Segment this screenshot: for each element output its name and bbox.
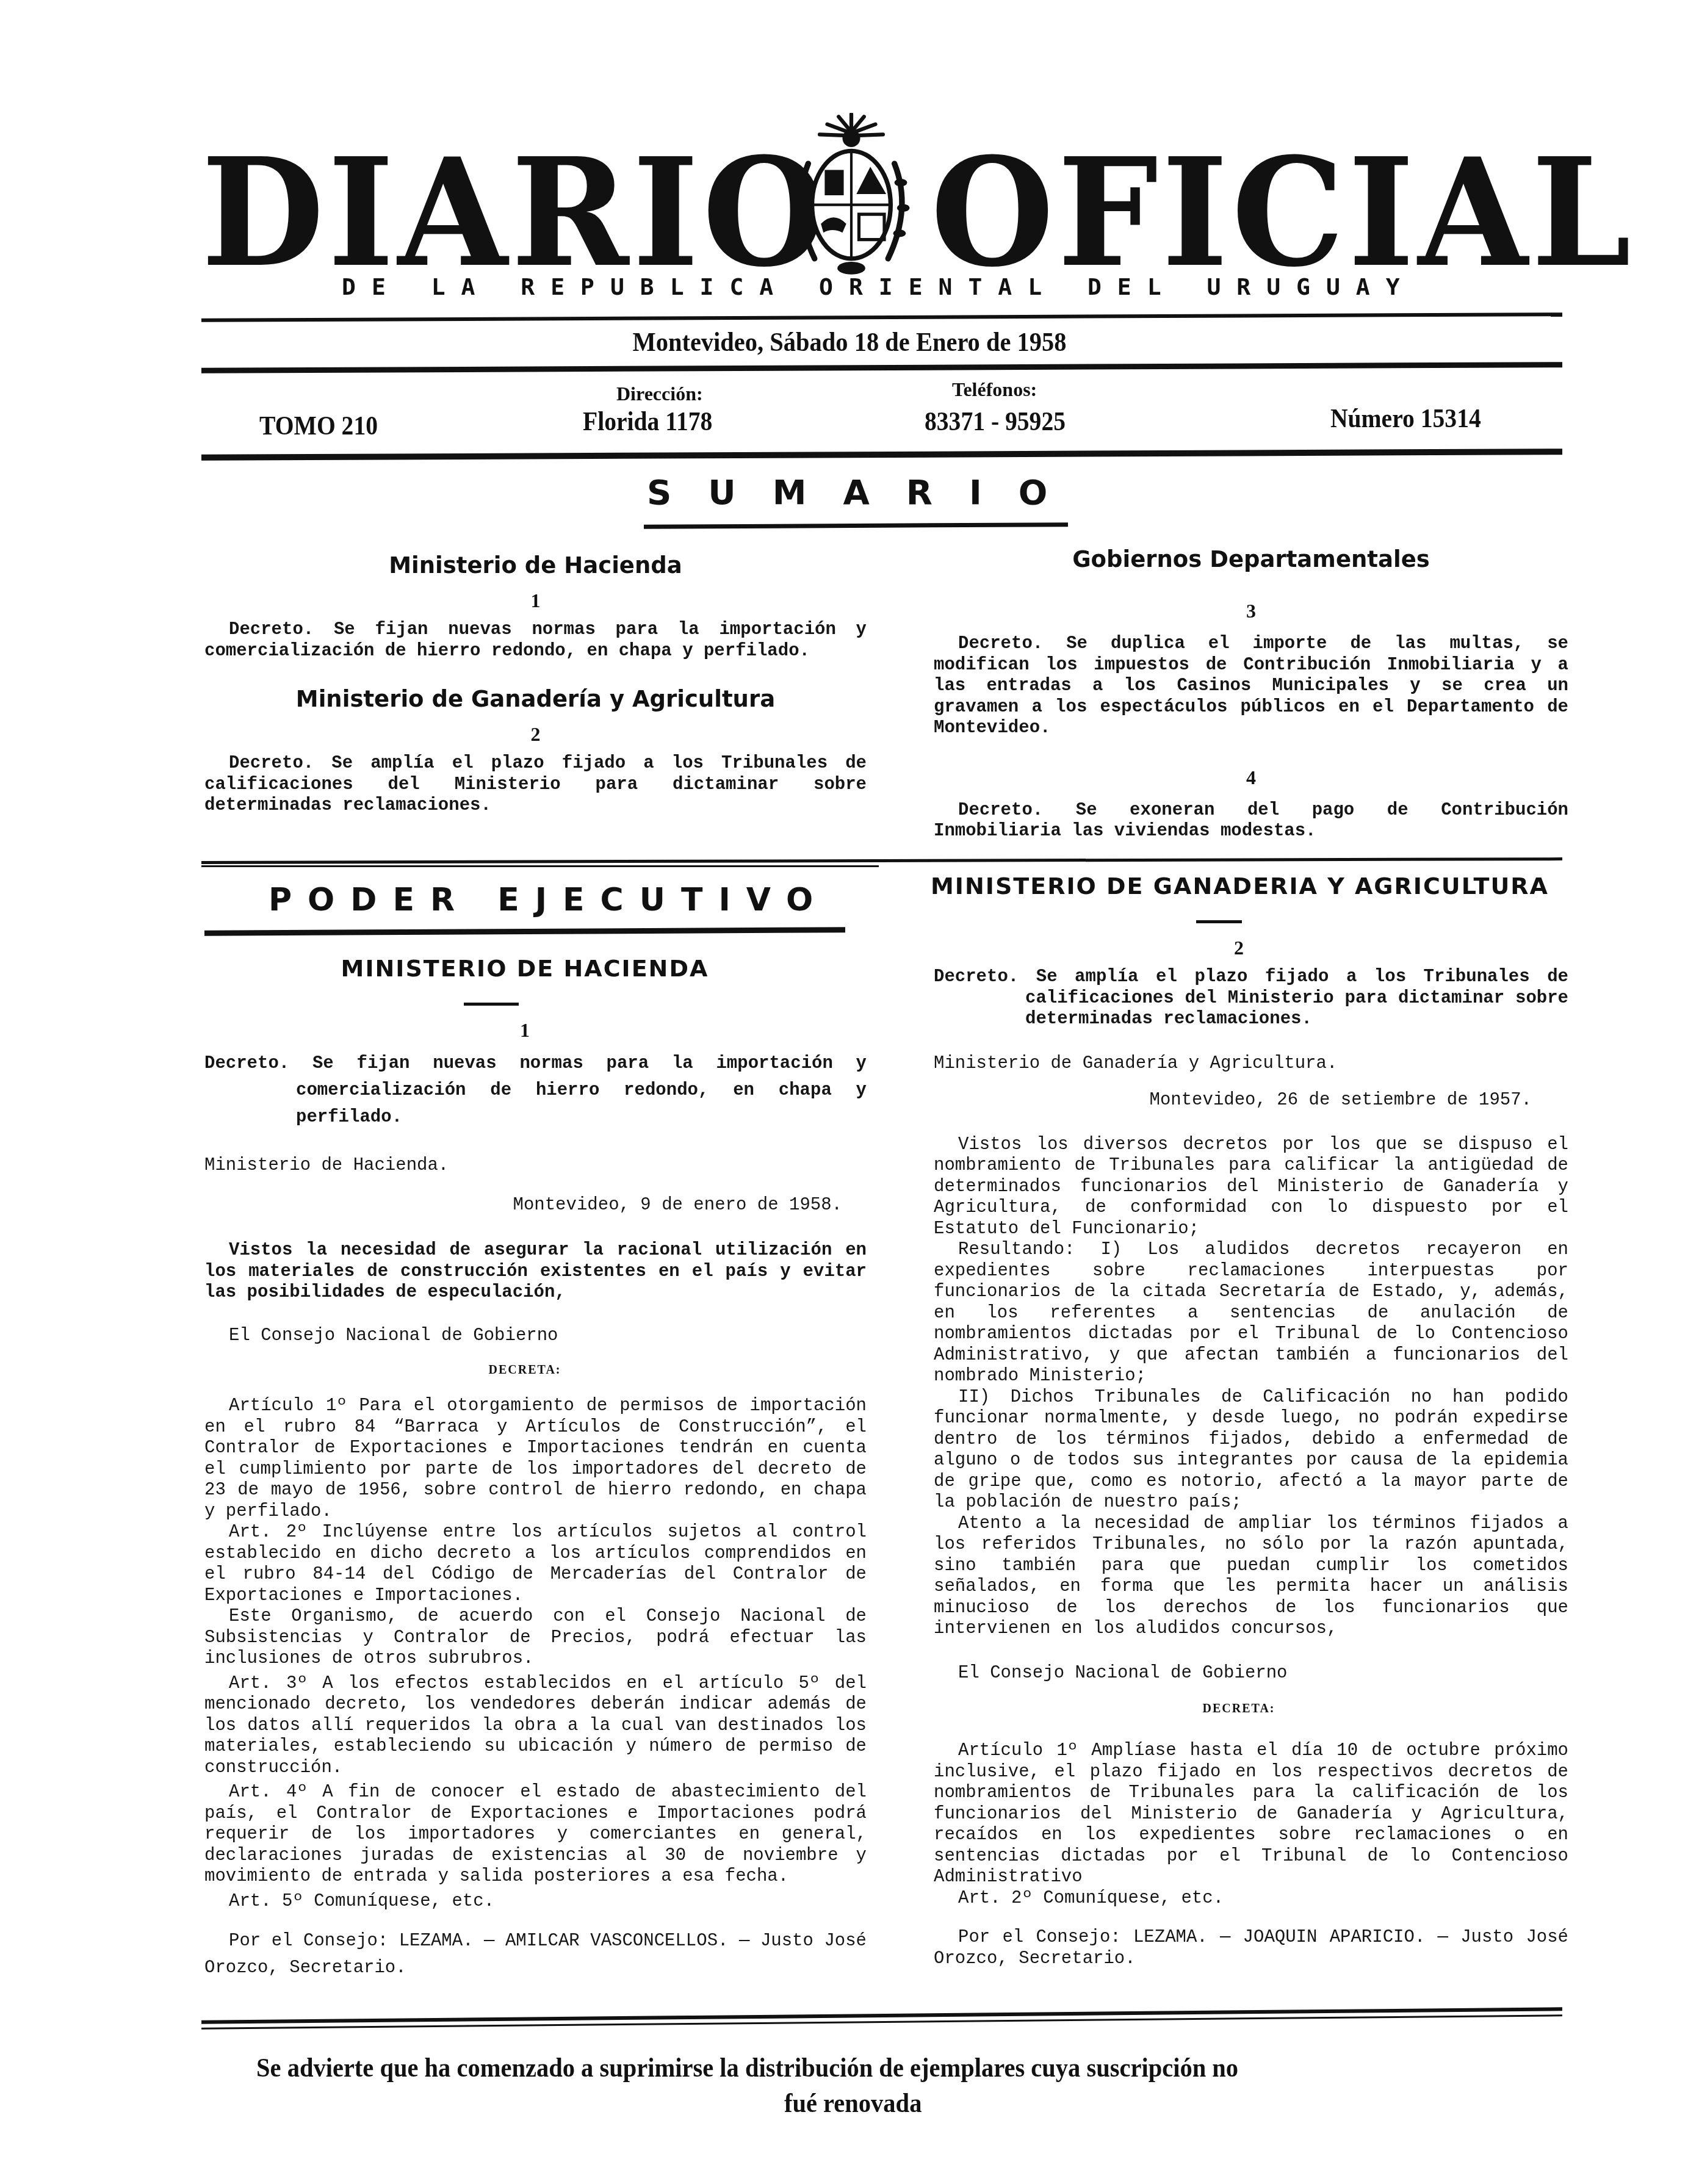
divider [204, 927, 845, 935]
sumario-left: Ministerio de Hacienda 1 Decreto. Se fij… [204, 552, 867, 816]
signature: Por el Consejo: LEZAMA. — AMILCAR VASCON… [204, 1928, 867, 1981]
ministry-heading: MINISTERIO DE HACIENDA [204, 955, 845, 982]
masthead-title-left: DIARIO [201, 139, 829, 287]
divider [464, 1003, 519, 1006]
issue-number: Número 15314 [1330, 403, 1481, 434]
signature: Por el Consejo: LEZAMA. — JOAQUIN APARIC… [934, 1927, 1568, 1969]
coat-of-arms-icon [787, 113, 915, 278]
sumario-item[interactable]: Decreto. Se exoneran del pago de Contrib… [934, 800, 1568, 842]
considerando: Resultando: I) Los aludidos decretos rec… [934, 1239, 1568, 1387]
divider [201, 857, 1562, 864]
article-paragraph: Este Organismo, de acuerdo con el Consej… [204, 1606, 867, 1670]
consejo: El Consejo Nacional de Gobierno [934, 1663, 1568, 1684]
sumario-heading: Ministerio de Hacienda [204, 552, 867, 578]
divider [201, 312, 1562, 322]
sumario-item[interactable]: Decreto. Se fijan nuevas normas para la … [204, 619, 867, 661]
masthead: DIARIO OFICIAL [201, 137, 1544, 296]
ministry-heading: MINISTERIO DE GANADERIA Y AGRICULTURA [931, 873, 1549, 899]
item-number: 1 [204, 1019, 845, 1042]
article-paragraph: Art. 2º Comuníquese, etc. [934, 1888, 1568, 1909]
sumario-heading: Gobiernos Departamentales [934, 546, 1568, 572]
item-number: 2 [934, 937, 1544, 959]
sumario-item[interactable]: Decreto. Se amplía el plazo fijado a los… [204, 753, 867, 816]
divider [201, 362, 1562, 373]
divider [201, 449, 1562, 461]
item-number: 1 [204, 589, 867, 612]
decreta: DECRETA: [204, 1363, 845, 1377]
tomo-number: TOMO 210 [259, 410, 378, 441]
article-summary: Decreto. Se amplía el plazo fijado a los… [934, 967, 1568, 1030]
divider [644, 522, 1068, 529]
article-paragraph: Artículo 1º Para el otorgamiento de perm… [204, 1396, 867, 1522]
dateline: Montevideo, Sábado 18 de Enero de 1958 [68, 326, 1631, 358]
direccion-label: Dirección: [616, 383, 703, 405]
item-number: 2 [204, 723, 867, 746]
section-heading: PODER EJECUTIVO [269, 882, 829, 918]
article-paragraph: Artículo 1º Amplíase hasta el día 10 de … [934, 1740, 1568, 1888]
sumario-heading: Ministerio de Ganadería y Agricultura [204, 686, 867, 712]
considerando: Atento a la necesidad de ampliar los tér… [934, 1513, 1568, 1640]
considerando: II) Dichos Tribunales de Calificación no… [934, 1387, 1568, 1513]
article-paragraph: Art. 2º Inclúyense entre los artículos s… [204, 1522, 867, 1606]
telefonos-value: 83371 - 95925 [925, 406, 1066, 437]
decreta: DECRETA: [934, 1702, 1544, 1716]
article-date: Montevideo, 26 de setiembre de 1957. [934, 1090, 1568, 1111]
right-article: 2 Decreto. Se amplía el plazo fijado a l… [934, 937, 1568, 1969]
sumario-title: SUMARIO [647, 473, 1084, 513]
item-number: 4 [934, 766, 1568, 789]
article-date: Montevideo, 9 de enero de 1958. [204, 1195, 867, 1216]
masthead-subtitle: DE LA REPUBLICA ORIENTAL DEL URUGUAY [342, 273, 1440, 300]
masthead-title-right: OFICIAL [931, 139, 1635, 287]
considerando: Vistos los diversos decretos por los que… [934, 1134, 1568, 1240]
left-article: 1 Decreto. Se fijan nuevas normas para l… [204, 1019, 867, 1981]
article-paragraph: Art. 5º Comuníquese, etc. [204, 1891, 867, 1912]
sumario-item[interactable]: Decreto. Se duplica el importe de las mu… [934, 633, 1568, 739]
item-number: 3 [934, 600, 1568, 622]
article-paragraph: Art. 4º A fin de conocer el estado de ab… [204, 1782, 867, 1887]
divider [1196, 920, 1242, 923]
subscription-notice: Se advierte que ha comenzado a suprimirs… [256, 2052, 1465, 2083]
divider [201, 865, 879, 867]
vistos: Vistos la necesidad de asegurar la racio… [204, 1240, 867, 1303]
sumario-right: Gobiernos Departamentales 3 Decreto. Se … [934, 546, 1568, 842]
article-summary: Decreto. Se fijan nuevas normas para la … [204, 1050, 867, 1131]
telefonos-label: Teléfonos: [952, 378, 1037, 401]
article-paragraph: Art. 3º A los efectos establecidos en el… [204, 1673, 867, 1779]
ministry-line: Ministerio de Ganadería y Agricultura. [934, 1053, 1568, 1075]
consejo: El Consejo Nacional de Gobierno [204, 1325, 867, 1347]
ministry-line: Ministerio de Hacienda. [204, 1155, 867, 1177]
subscription-notice-cont: fué renovada [784, 2087, 922, 2119]
direccion-value: Florida 1178 [583, 406, 712, 437]
